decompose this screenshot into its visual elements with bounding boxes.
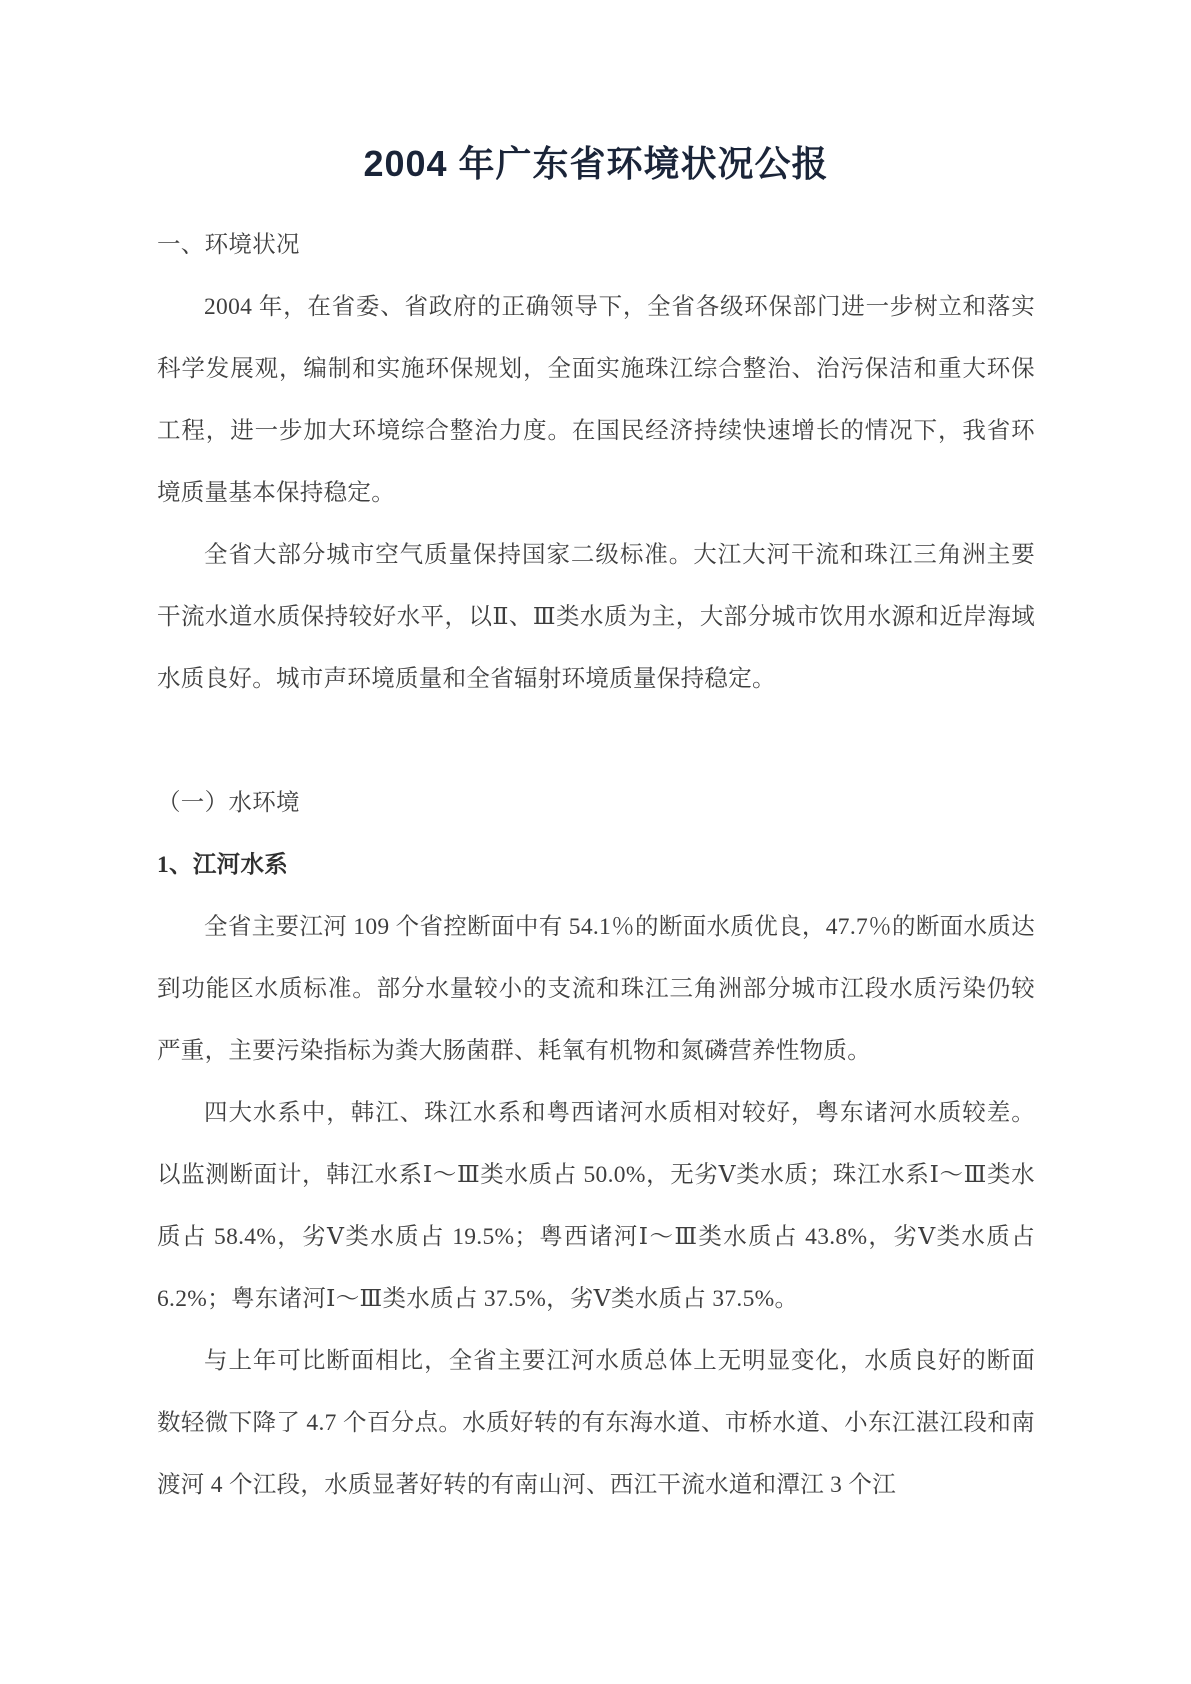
- document-body: 一、环境状况 2004 年，在省委、省政府的正确领导下，全省各级环保部门进一步树…: [157, 214, 1035, 1516]
- paragraph-overview-leadership: 2004 年，在省委、省政府的正确领导下，全省各级环保部门进一步树立和落实科学发…: [157, 276, 1035, 524]
- paragraph-four-river-systems: 四大水系中，韩江、珠江水系和粤西诸河水质相对较好，粤东诸河水质较差。以监测断面计…: [157, 1082, 1035, 1330]
- document-title: 2004 年广东省环境状况公报: [157, 140, 1035, 188]
- blank-line-spacer: [157, 710, 1035, 772]
- paragraph-river-monitoring-sections: 全省主要江河 109 个省控断面中有 54.1％的断面水质优良，47.7％的断面…: [157, 896, 1035, 1082]
- paragraph-year-comparison: 与上年可比断面相比，全省主要江河水质总体上无明显变化，水质良好的断面数轻微下降了…: [157, 1330, 1035, 1516]
- subsection-heading-river-systems: 1、江河水系: [157, 834, 1035, 896]
- section-heading-environment-status: 一、环境状况: [157, 214, 1035, 276]
- document-page: 2004 年广东省环境状况公报 一、环境状况 2004 年，在省委、省政府的正确…: [0, 0, 1191, 1684]
- paragraph-overview-air-water-quality: 全省大部分城市空气质量保持国家二级标准。大江大河干流和珠江三角洲主要干流水道水质…: [157, 524, 1035, 710]
- subsection-heading-water-environment: （一）水环境: [157, 772, 1035, 834]
